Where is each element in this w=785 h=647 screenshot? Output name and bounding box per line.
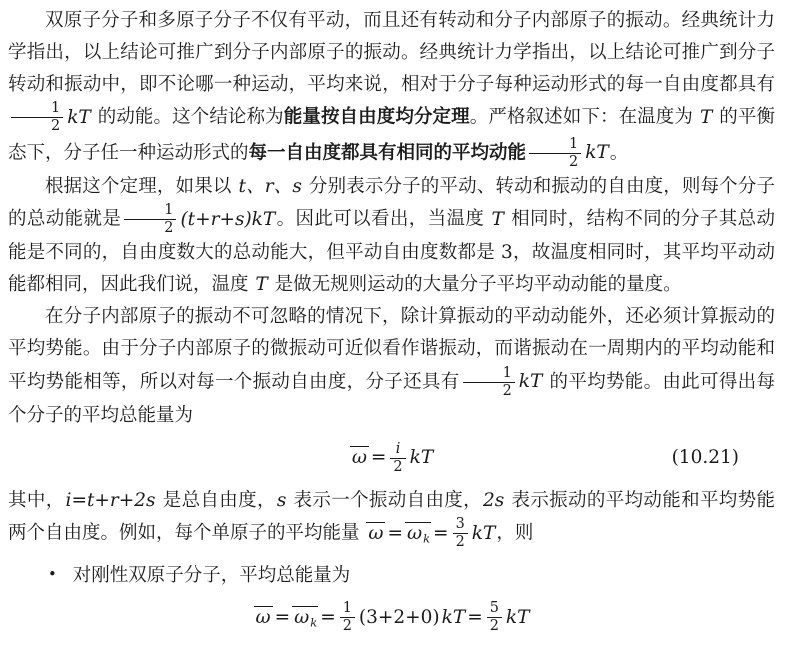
omega-k-bar: ωk — [405, 522, 431, 545]
textbook-page: 双原子分子和多原子分子不仅有平动，而且还有转动和分子内部原子的振动。经典统计力学… — [0, 0, 785, 635]
fraction-numerator: 1 — [124, 202, 176, 219]
fraction-one-half: 12 — [124, 202, 176, 237]
math-2s: 2s — [482, 490, 505, 511]
paragraph-degrees-of-freedom-explanation: 其中，i=t+r+2s 是总自由度，s 表示一个振动自由度，2s 表示振动的平均… — [8, 485, 775, 552]
text-run: 表示一个振动自由度， — [287, 490, 482, 511]
math-omega: ω — [406, 523, 423, 544]
math-t-r-s: t、r、s — [238, 176, 303, 197]
equals-sign: = — [432, 523, 450, 544]
text-run: 。严格叙述如下：在温度为 — [470, 107, 699, 128]
math-T: T — [254, 274, 268, 295]
bullet-marker-icon: • — [48, 562, 57, 587]
math-omega: ω — [255, 607, 272, 628]
fraction-i-over-2: i2 — [390, 441, 405, 476]
omega-bar: ω — [350, 446, 369, 468]
text-run: 其中， — [8, 490, 65, 511]
math-kT: kT — [584, 142, 610, 163]
fraction-denominator: 2 — [124, 219, 176, 237]
display-equation-10-21: ω=i2kT (10.21) — [8, 441, 775, 476]
text-run: 是做无规则运动的大量分子平均平动动能的量度。 — [269, 274, 682, 295]
text-run: 双原子分子和多原子分子不仅有平动，而且还有转动和分子内部原子的振动。经典统计力学… — [8, 10, 775, 95]
equals-sign: = — [274, 607, 292, 628]
equals-sign: = — [370, 447, 388, 468]
fraction-numerator: i — [393, 441, 404, 458]
math-omega: ω — [351, 447, 368, 468]
fraction-numerator: 1 — [529, 136, 581, 153]
display-equation-rigid-diatomic: ω=ωk=12(3+2+0)kT=52kT — [8, 600, 775, 635]
omega-bar: ω — [254, 606, 273, 628]
fraction-denominator: 2 — [11, 117, 63, 135]
subscript-k: k — [310, 615, 317, 629]
fraction-denominator: 2 — [390, 458, 405, 476]
math-kT: kT — [471, 523, 497, 544]
math-T: T — [491, 209, 505, 230]
text-run: 是总自由度， — [157, 490, 276, 511]
math-i-equals-t-r-2s: i=t+r+2s — [65, 490, 157, 511]
bullet-text: 对刚性双原子分子，平均总能量为 — [73, 565, 351, 586]
fraction-one-half: 12 — [463, 365, 515, 400]
fraction-denominator: 2 — [463, 382, 515, 400]
math-omega: ω — [293, 607, 310, 628]
paragraph-vibration-potential-energy: 在分子内部原子的振动不可忽略的情况下，除计算振动的平动动能外，还必须计算振动的平… — [8, 301, 775, 432]
fraction-numerator: 1 — [340, 600, 355, 617]
paragraph-total-kinetic-energy: 根据这个定理，如果以 t、r、s 分别表示分子的平动、转动和振动的自由度，则每个… — [8, 171, 775, 302]
bold-statement-average-kinetic-energy: 每一自由度都具有相同的平均动能 — [249, 142, 527, 163]
math-kT: kT — [66, 107, 92, 128]
omega-bar: ω — [366, 522, 385, 544]
fraction-three-halves: 32 — [453, 516, 468, 551]
fraction-denominator: 2 — [529, 153, 581, 171]
math-kT: kT — [505, 607, 531, 628]
fraction-one-half: 12 — [340, 600, 355, 635]
fraction-numerator: 3 — [453, 516, 468, 533]
fraction-one-half: 12 — [529, 136, 581, 171]
subscript-k: k — [423, 531, 430, 545]
equals-sign: = — [386, 523, 404, 544]
math-kT: kT — [409, 447, 435, 468]
fraction-denominator: 2 — [453, 533, 468, 551]
fraction-numerator: 5 — [487, 600, 502, 617]
math-kT: kT — [441, 607, 467, 628]
fraction-numerator: 1 — [11, 100, 63, 117]
omega-k-bar: ωk — [292, 606, 318, 629]
math-kT: kT — [518, 371, 544, 392]
text-run: ，则 — [496, 523, 533, 544]
equals-sign: = — [466, 607, 484, 628]
text-run: 。 — [610, 142, 629, 163]
math-omega: ω — [367, 523, 384, 544]
equation-body: ω=ωk=12(3+2+0)kT=52kT — [253, 607, 531, 628]
equation-body: ω=i2kT — [349, 447, 434, 468]
equation-number: (10.21) — [672, 446, 739, 470]
text-run: 根据这个定理，如果以 — [45, 176, 238, 197]
bold-term-equipartition-theorem: 能量按自由度均分定理 — [284, 107, 470, 128]
math-T: T — [699, 107, 713, 128]
fraction-five-halves: 52 — [487, 600, 502, 635]
paragraph-equipartition-intro: 双原子分子和多原子分子不仅有平动，而且还有转动和分子内部原子的振动。经典统计力学… — [8, 5, 775, 171]
math-trs-kT: (t+r+s)kT — [179, 209, 276, 230]
text-run: 的动能。这个结论称为 — [92, 107, 284, 128]
text-run: 。因此可以看出，当温度 — [276, 209, 490, 230]
fraction-numerator: 1 — [463, 365, 515, 382]
fraction-one-half: 12 — [11, 100, 63, 135]
equals-sign: = — [319, 607, 337, 628]
fraction-denominator: 2 — [487, 617, 502, 635]
math-sum-3-2-0: (3+2+0) — [358, 607, 441, 628]
bullet-item-rigid-diatomic: •对刚性双原子分子，平均总能量为 — [8, 560, 775, 592]
fraction-denominator: 2 — [340, 617, 355, 635]
math-s: s — [276, 490, 288, 511]
